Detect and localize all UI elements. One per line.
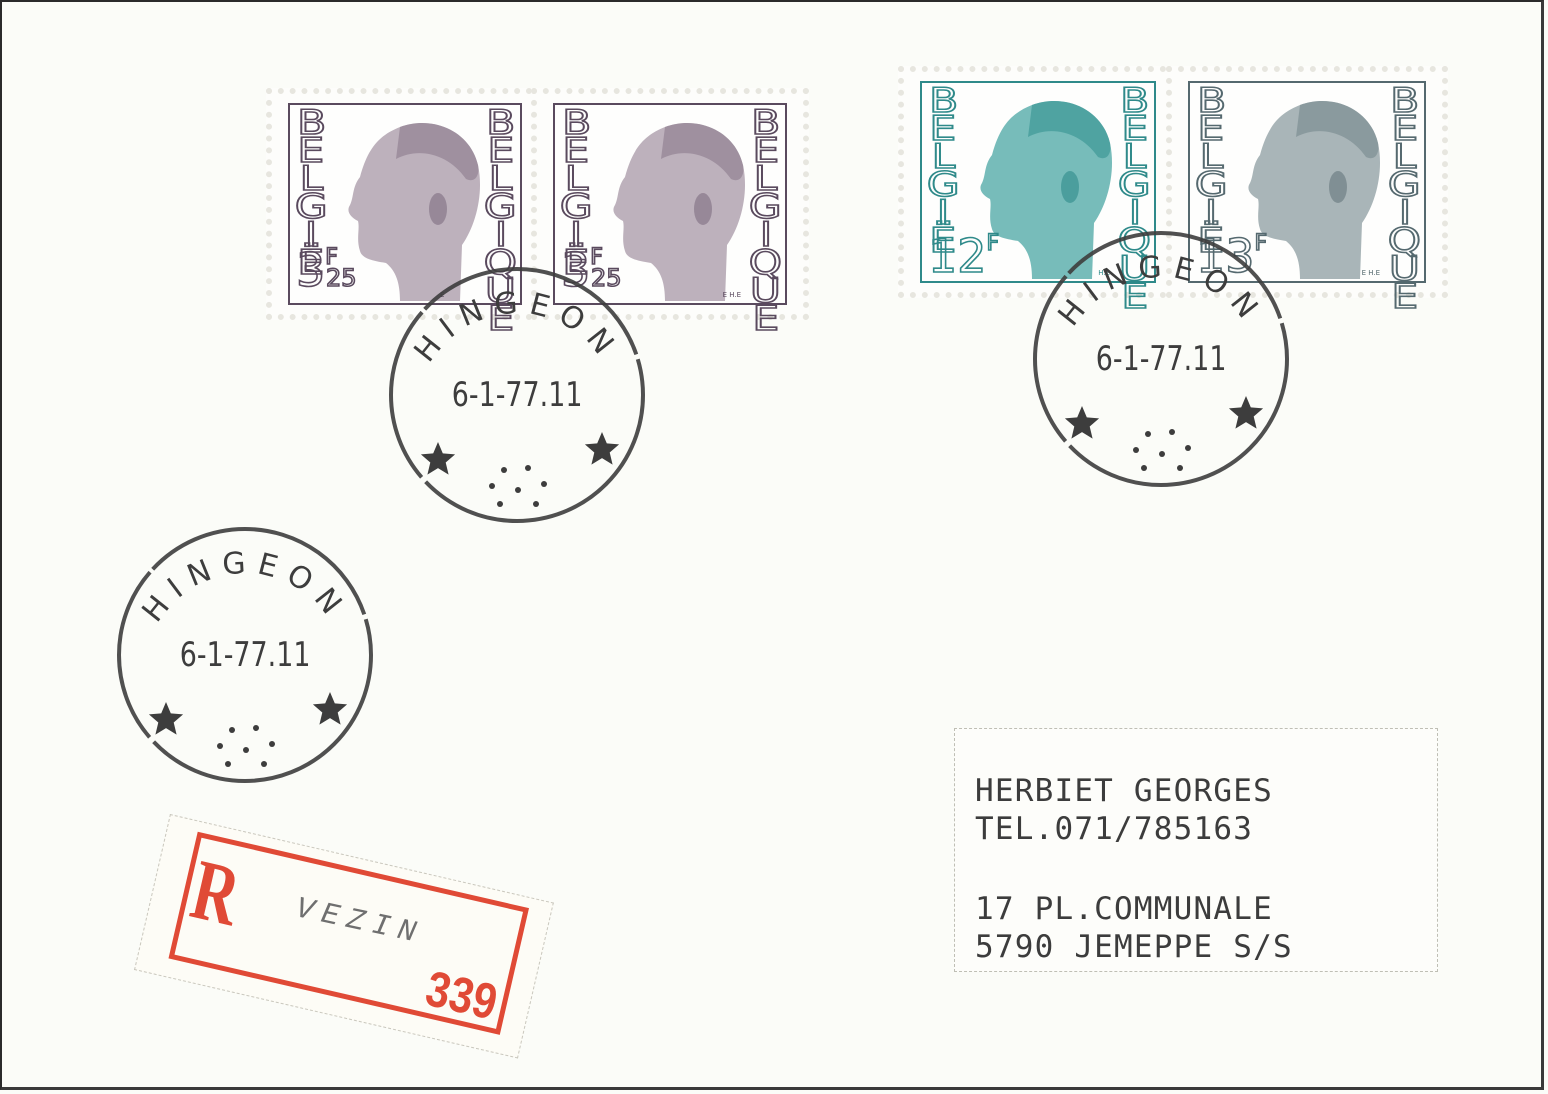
stamp-value: 12F [928, 221, 999, 279]
registration-label: R VEZIN 339 [132, 814, 562, 1070]
sender-address-label: HERBIET GEORGES TEL.071/785163 17 PL.COM… [954, 728, 1438, 972]
registration-frame: R VEZIN 339 [168, 832, 529, 1035]
postmark-circle: HINGEON 6-1-77.11 [1030, 228, 1292, 490]
address-phone: TEL.071/785163 [975, 811, 1253, 847]
stamp-letter: E [1391, 283, 1418, 311]
engraver-mark: E H.E [723, 291, 741, 299]
engraver-mark: E H.E [1362, 269, 1380, 277]
registration-number: 339 [420, 959, 502, 1031]
registration-office: VEZIN [292, 892, 426, 952]
registered-letter-R: R [183, 839, 249, 946]
stamp-letter: E [752, 305, 779, 333]
svg-text:HINGEON: HINGEON [135, 546, 354, 629]
postmark-standalone: HINGEON 6-1-77.11 [114, 524, 376, 786]
postmark-cancel-2: HINGEON 6-1-77.11 [1030, 228, 1292, 490]
country-name-french: BELGIQUE [752, 109, 779, 333]
address-name: HERBIET GEORGES [975, 773, 1273, 809]
registration-label-paper: R VEZIN 339 [134, 814, 554, 1059]
postmark-circle: HINGEON 6-1-77.11 [114, 524, 376, 786]
address-city: 5790 JEMEPPE S/S [975, 929, 1293, 965]
svg-text:6-1-77.11: 6-1-77.11 [180, 634, 311, 674]
svg-text:6-1-77.11: 6-1-77.11 [452, 374, 583, 414]
svg-text:HINGEON: HINGEON [407, 286, 626, 369]
stamp-value: 3F25 [296, 235, 356, 301]
svg-text:6-1-77.11: 6-1-77.11 [1096, 338, 1227, 378]
envelope: BELGIË BELGIQUE 3F25 E BELGIË BELGIQUE 3… [0, 0, 1544, 1090]
svg-text:HINGEON: HINGEON [1051, 250, 1270, 333]
postmark-cancel-1: HINGEON 6-1-77.11 [386, 264, 648, 526]
country-name-french: BELGIQUE [1391, 87, 1418, 311]
postmark-circle: HINGEON 6-1-77.11 [386, 264, 648, 526]
address-street: 17 PL.COMMUNALE [975, 891, 1273, 927]
